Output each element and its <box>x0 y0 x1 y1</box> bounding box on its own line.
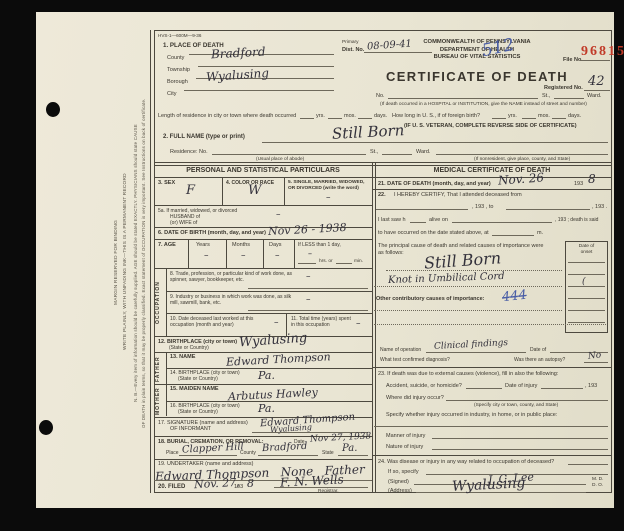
registrar-label: Registrar. <box>318 489 339 495</box>
mother-birthplace-value: Pa. <box>258 403 275 414</box>
foreign-birth-label: How long in U. S., if of foreign birth? <box>392 113 480 120</box>
certificate-paper: MARGIN RESERVED FOR BINDING WRITE PLAINL… <box>36 12 614 508</box>
contributory-label: Other contributory causes of importance: <box>376 296 485 303</box>
row-divider <box>154 205 372 206</box>
borough-label: Borough <box>167 79 188 86</box>
file-no-value: 96815 <box>581 44 624 60</box>
scanned-death-certificate: { "colors": { "paper":"#eae6d4", "ink":"… <box>0 0 624 531</box>
injury-date-blank <box>541 388 583 389</box>
address-label: (Address) <box>388 488 412 495</box>
external-causes-label: 23. If death was due to external causes … <box>378 371 558 378</box>
for-days-label: days. <box>568 113 581 120</box>
min-blank <box>336 263 352 264</box>
cell-divider <box>226 239 227 268</box>
certify-number: 22. <box>378 192 386 199</box>
for-mos-label: mos. <box>538 113 550 120</box>
margin-note-nb-2: OF DEATH in plain terms, so that it may … <box>141 34 146 492</box>
sex-value: F <box>186 184 195 197</box>
specify-note: (Specify city or town, county, and State… <box>474 403 558 409</box>
for-days-blank <box>552 118 566 119</box>
contributory-line <box>374 324 606 325</box>
race-value: W <box>248 184 261 197</box>
physician-address: Wyalusing <box>452 476 526 494</box>
divider <box>154 165 612 166</box>
row-divider <box>372 367 612 368</box>
burial-state-label: State <box>322 450 334 456</box>
age-years-label: Years <box>196 242 210 249</box>
certify-from-blank <box>376 209 468 210</box>
cell-divider <box>284 177 285 205</box>
row-divider <box>166 291 372 292</box>
filed-date-value: Nov. 27, <box>194 477 240 490</box>
full-name-label: 2. FULL NAME (type or print) <box>163 134 245 141</box>
manner-label: Manner of injury <box>386 433 425 440</box>
if-so-label: If so, specify <box>388 469 419 476</box>
registered-no-value: 42 <box>588 75 605 88</box>
md-label: M. D. <box>592 477 603 483</box>
margin-note-nb-1: N. B.—Every item of information should b… <box>133 34 138 492</box>
full-name-blank <box>262 142 608 143</box>
form-border-outer-left <box>150 30 151 493</box>
hrs-label: hrs. or <box>319 259 333 265</box>
row-divider <box>154 268 372 269</box>
total-time-value: – <box>356 320 361 329</box>
occurred-time-blank <box>492 235 534 236</box>
column-divider <box>375 162 376 493</box>
do-label: D. O. <box>592 483 603 489</box>
left-section-title: PERSONAL AND STATISTICAL PARTICULARS <box>154 167 372 175</box>
last-saw-label: I last saw h <box>378 217 406 224</box>
commonwealth-line: COMMONWEALTH OF PENNSYLVANIA <box>388 39 566 46</box>
mother-vertical-label: MOTHER <box>155 386 161 416</box>
street-blank <box>388 98 538 99</box>
column-divider <box>372 162 373 493</box>
full-name-value: Still Born <box>332 123 405 142</box>
total-time-label: 11. Total time (years) spent in this occ… <box>291 316 355 328</box>
cell-divider <box>294 239 295 268</box>
filed-label: 20. FILED <box>158 484 185 491</box>
cause-line <box>374 286 562 287</box>
cell-divider <box>222 177 223 205</box>
nature-label: Nature of injury <box>386 444 423 451</box>
certify-mid-label: , 193 , to <box>472 204 493 211</box>
autopsy-value: No <box>588 351 602 361</box>
father-vertical-label: FATHER <box>155 354 161 384</box>
age-years-value: – <box>204 252 209 261</box>
row-divider <box>372 189 612 190</box>
punch-hole-top <box>46 102 60 117</box>
res-yrs-blank <box>300 118 314 119</box>
res-days-blank <box>358 118 372 119</box>
certificate-title: CERTIFICATE OF DEATH <box>382 69 572 85</box>
city-label: City <box>167 91 176 98</box>
occurred-label: to have occurred on the date stated abov… <box>378 230 489 237</box>
age-label: 7. AGE <box>158 242 176 249</box>
onset-label-1: Date of <box>565 244 608 250</box>
test-label: What test confirmed diagnosis? <box>380 357 450 363</box>
father-birthplace-value: Pa. <box>258 370 275 381</box>
occupation-vertical-label: OCCUPATION <box>155 270 161 336</box>
row-divider <box>154 459 372 460</box>
registered-no-blank <box>584 90 610 91</box>
occupation-strip-divider <box>166 268 167 336</box>
burial-state-value: Pa. <box>342 444 357 454</box>
operation-date-label: Date of <box>530 347 546 353</box>
certify-end-label: , 193 . <box>592 204 607 211</box>
filed-year-value: 8 <box>247 478 254 489</box>
cause-line <box>386 270 562 271</box>
for-yrs-label: yrs. <box>508 113 517 120</box>
birthplace-note: (State or Country) <box>169 345 209 351</box>
for-mos-blank <box>522 118 536 119</box>
margin-note-permanent-record: WRITE PLAINLY, WITH UNFADING INK—THIS IS… <box>123 82 128 442</box>
onset-label-2: onset <box>565 250 608 256</box>
occupation-related-blank <box>568 464 608 465</box>
dod-year-preprint: 193 <box>574 181 583 188</box>
age-days-label: Days <box>269 242 282 249</box>
county-label: County <box>167 55 184 62</box>
min-label: min. <box>354 259 363 265</box>
nonresident-blank <box>436 154 608 155</box>
city-blank <box>184 90 334 91</box>
right-section-title: MEDICAL CERTIFICATE OF DEATH <box>372 167 612 175</box>
trade-label: 8. Trade, profession, or particular kind… <box>170 271 298 283</box>
margin-note-binding: MARGIN RESERVED FOR BINDING <box>114 152 119 372</box>
certify-to-blank <box>506 209 590 210</box>
where-injury-blank <box>446 400 608 401</box>
hrs-blank <box>298 263 316 264</box>
for-yrs-blank <box>492 118 506 119</box>
autopsy-blank <box>584 362 608 363</box>
onset-mark: ( <box>582 278 586 287</box>
age-days-value: – <box>275 252 280 261</box>
contributory-line <box>374 310 562 311</box>
age-months-label: Months <box>232 242 250 249</box>
dob-label: 6. DATE OF BIRTH (month, day, and year) <box>158 230 266 237</box>
mother-strip-divider <box>166 384 167 416</box>
specify-injury-label: Specify whether injury occurred in indus… <box>386 412 557 419</box>
informant-label-2: OF INFORMANT <box>170 426 211 432</box>
industry-label: 9. Industry or business in which work wa… <box>170 294 298 306</box>
primary-label: Primary <box>342 40 359 46</box>
dod-label: 21. DATE OF DEATH (month, day, and year) <box>378 181 491 188</box>
injury-date-label: Date of injury <box>505 383 537 390</box>
onset-line <box>568 262 605 263</box>
injury-year-label: , 193 <box>585 383 597 390</box>
industry-value: – <box>306 296 311 305</box>
burial-county-blank <box>258 455 318 456</box>
where-injury-label: Where did injury occur? <box>386 395 444 402</box>
row-divider <box>372 455 612 456</box>
signed-label: (Signed) <box>388 479 409 486</box>
onset-line <box>568 298 605 299</box>
burial-county-label: County <box>240 450 256 456</box>
res-mos-label: mos. <box>344 113 356 120</box>
specify-blank <box>374 426 608 427</box>
sex-label: 3. SEX <box>158 180 175 187</box>
last-worked-value: – <box>274 319 279 328</box>
manner-blank <box>432 438 608 439</box>
autopsy-label: Was there an autopsy? <box>514 357 565 363</box>
res-days-label: days. <box>374 113 387 120</box>
age-months-value: – <box>241 252 246 261</box>
nature-blank <box>432 449 608 450</box>
marital-label: 5. SINGLE, MARRIED, WIDOWED, OR DIVORCED… <box>288 180 370 192</box>
accident-blank <box>466 388 502 389</box>
age-less-label: If LESS than 1 day, <box>298 242 341 248</box>
alive-on-blank <box>452 222 552 223</box>
wife-label: (or) WIFE of <box>170 220 197 226</box>
filed-year-preprint: 193 <box>234 484 243 491</box>
last-worked-label: 10. Date deceased last worked at this oc… <box>170 316 278 328</box>
marital-value: – <box>326 194 331 203</box>
dist-no-label: Dist. No. <box>342 47 364 54</box>
hospital-note: (If death occurred in a HOSPITAL or INST… <box>380 102 587 108</box>
accident-label: Accident, suicide, or homicide? <box>386 383 462 390</box>
township-label: Township <box>167 67 190 74</box>
onset-line <box>568 286 605 287</box>
trade-blank <box>248 288 368 289</box>
certify-label: I HEREBY CERTIFY, That I attended deceas… <box>394 192 522 199</box>
street-no-label: No. <box>376 93 385 100</box>
county-value: Bradford <box>211 46 266 61</box>
res-ward-blank <box>382 154 412 155</box>
bureau-line: BUREAU OF VITAL STATISTICS <box>388 54 566 61</box>
occupation-related-label: 24. Was disease or injury in any way rel… <box>378 459 554 466</box>
line3-end-label: , 193 ; death is said <box>555 217 598 223</box>
residence-blank <box>212 154 366 155</box>
industry-blank <box>248 310 368 311</box>
maiden-name-label: 15. MAIDEN NAME <box>170 386 219 393</box>
trade-value: – <box>306 273 311 282</box>
row-divider <box>166 313 372 314</box>
row-divider <box>154 384 372 385</box>
punch-hole-bottom <box>39 420 53 435</box>
mother-birthplace-note: (State or Country) <box>178 409 218 415</box>
contributory-value: 444 <box>501 289 527 305</box>
meridiem-label: m. <box>537 230 543 237</box>
operation-blank <box>426 352 526 353</box>
file-no-blank <box>580 60 610 61</box>
onset-line <box>568 310 605 311</box>
married-value: – <box>276 211 281 220</box>
ward-label: Ward. <box>587 93 601 100</box>
dod-year-value: 8 <box>588 173 596 185</box>
ward-blank <box>554 98 584 99</box>
burial-place-label: Place <box>166 450 179 456</box>
res-st-label: St., <box>370 149 378 156</box>
cell-divider <box>188 239 189 268</box>
form-number: HVS-1—600M—9-36 <box>158 33 201 39</box>
principal-cause-label-2: as follows: <box>378 250 404 257</box>
residence-length-label: Length of residence in city or town wher… <box>158 113 296 120</box>
registered-no-label: Registered No. <box>544 85 583 92</box>
divider <box>154 162 612 163</box>
alive-on-label: alive on <box>429 217 448 224</box>
age-less-value: – <box>308 250 312 258</box>
dod-value: Nov. 26 <box>498 171 545 186</box>
principal-cause-label-1: The principal cause of death and related… <box>378 243 543 250</box>
burial-place-blank <box>179 455 237 456</box>
department-line: DEPARTMENT OF HEALTH <box>388 47 566 54</box>
father-birthplace-note: (State or Country) <box>178 376 218 382</box>
residence-label: Residence: No. <box>170 149 208 156</box>
veteran-note: (IF U. S. VETERAN, COMPLETE REVERSE SIDE… <box>404 123 577 130</box>
res-mos-blank <box>328 118 342 119</box>
last-saw-blank-1 <box>410 222 426 223</box>
cell-divider <box>263 239 264 268</box>
operation-label: Name of operation <box>380 347 421 353</box>
onset-line <box>568 322 605 323</box>
onset-line <box>568 274 605 275</box>
father-name-label: 13. NAME <box>170 354 195 361</box>
res-yrs-label: yrs. <box>316 113 325 120</box>
res-ward-label: Ward. <box>416 149 430 156</box>
street-label: St., <box>542 93 550 100</box>
burial-state-blank <box>338 455 368 456</box>
